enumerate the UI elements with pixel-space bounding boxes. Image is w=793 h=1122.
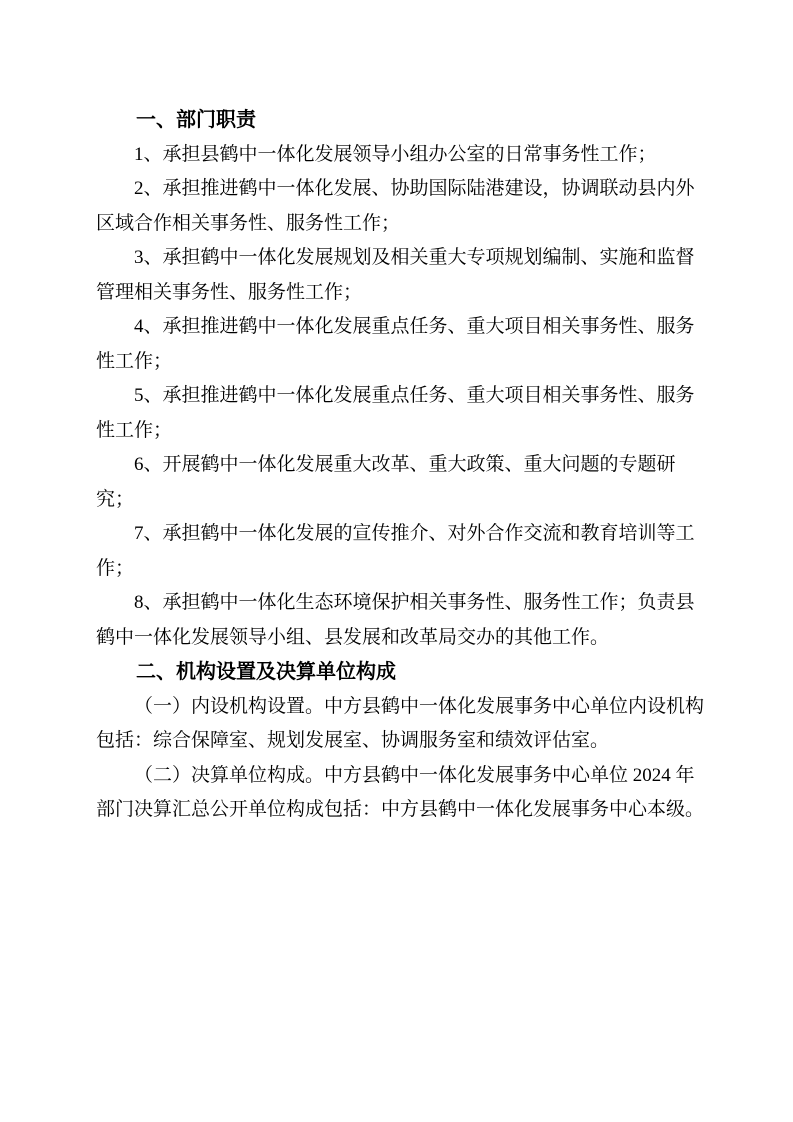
duty-item-7: 7、承担鹤中一体化发展的宣传推介、对外合作交流和教育培训等工 作；	[96, 517, 716, 586]
section-heading-organization: 二、机构设置及决算单位构成	[96, 655, 716, 690]
document-content: 一、部门职责 1、承担县鹤中一体化发展领导小组办公室的日常事务性工作； 2、承担…	[96, 103, 716, 828]
organization-item-1: （一）内设机构设置。中方县鹤中一体化发展事务中心单位内设机构 包括：综合保障室、…	[96, 690, 716, 759]
section-heading-duties: 一、部门职责	[96, 103, 716, 138]
duty-item-5: 5、承担推进鹤中一体化发展重点任务、重大项目相关事务性、服务 性工作；	[96, 379, 716, 448]
duty-item-8: 8、承担鹤中一体化生态环境保护相关事务性、服务性工作；负责县 鹤中一体化发展领导…	[96, 586, 716, 655]
duty-item-2: 2、承担推进鹤中一体化发展、协助国际陆港建设，协调联动县内外 区域合作相关事务性…	[96, 172, 716, 241]
section-organization-setup: 二、机构设置及决算单位构成 （一）内设机构设置。中方县鹤中一体化发展事务中心单位…	[96, 655, 716, 828]
document-page: 一、部门职责 1、承担县鹤中一体化发展领导小组办公室的日常事务性工作； 2、承担…	[0, 0, 793, 1122]
duty-item-3: 3、承担鹤中一体化发展规划及相关重大专项规划编制、实施和监督 管理相关事务性、服…	[96, 241, 716, 310]
duty-item-4: 4、承担推进鹤中一体化发展重点任务、重大项目相关事务性、服务 性工作；	[96, 310, 716, 379]
section-department-duties: 一、部门职责 1、承担县鹤中一体化发展领导小组办公室的日常事务性工作； 2、承担…	[96, 103, 716, 655]
duty-item-6: 6、开展鹤中一体化发展重大改革、重大政策、重大问题的专题研 究；	[96, 448, 716, 517]
duty-item-1: 1、承担县鹤中一体化发展领导小组办公室的日常事务性工作；	[96, 138, 716, 173]
organization-item-2: （二）决算单位构成。中方县鹤中一体化发展事务中心单位 2024 年 部门决算汇总…	[96, 759, 716, 828]
